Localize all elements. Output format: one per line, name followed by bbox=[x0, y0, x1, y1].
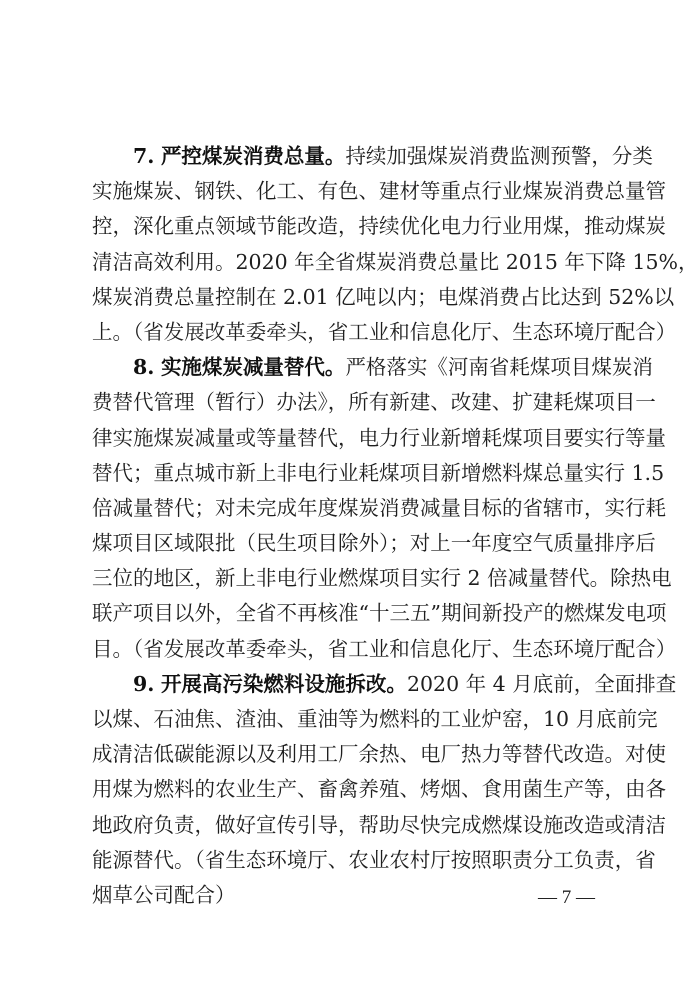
section-9-line-5: 地政府负责，做好宣传引导，帮助尽快完成燃煤设施改造或清洁 bbox=[92, 808, 612, 843]
section-7-line-1: 7. 严控煤炭消费总量。持续加强煤炭消费监测预警，分类 bbox=[92, 139, 612, 174]
section-9-text: 2020 年 4 月底前，全面排查 bbox=[407, 672, 676, 696]
page-number: — 7 — bbox=[538, 886, 595, 910]
section-9-line-6: 能源替代。（省生态环境厅、农业农村厅按照职责分工负责，省 bbox=[92, 843, 612, 878]
section-8-line-1: 8. 实施煤炭减量替代。严格落实《河南省耗煤项目煤炭消 bbox=[92, 350, 612, 385]
section-8-line-2: 费替代管理（暂行）办法》，所有新建、改建、扩建耗煤项目一 bbox=[92, 385, 612, 420]
section-7-line-4: 清洁高效利用。2020 年全省煤炭消费总量比 2015 年下降 15%， bbox=[92, 245, 612, 280]
section-8-line-4: 替代；重点城市新上非电行业耗煤项目新增燃料煤总量实行 1.5 bbox=[92, 456, 612, 491]
document-page: 7. 严控煤炭消费总量。持续加强煤炭消费监测预警，分类 实施煤炭、钢铁、化工、有… bbox=[0, 0, 700, 989]
section-8-text: 严格落实《河南省耗煤项目煤炭消 bbox=[345, 355, 653, 379]
section-8-line-5: 倍减量替代；对未完成年度煤炭消费减量目标的省辖市，实行耗 bbox=[92, 491, 612, 526]
section-9-line-3: 成清洁低碳能源以及利用工厂余热、电厂热力等替代改造。对使 bbox=[92, 737, 612, 772]
section-9-number: 9. bbox=[133, 672, 154, 696]
section-9-heading: 开展高污染燃料设施拆改。 bbox=[161, 672, 407, 696]
section-7-line-2: 实施煤炭、钢铁、化工、有色、建材等重点行业煤炭消费总量管 bbox=[92, 174, 612, 209]
section-8-number: 8. bbox=[133, 355, 154, 379]
section-8-line-7: 三位的地区，新上非电行业燃煤项目实行 2 倍减量替代。除热电 bbox=[92, 561, 612, 596]
section-8-line-9: 目。（省发展改革委牵头，省工业和信息化厅、生态环境厅配合） bbox=[92, 632, 612, 667]
section-9: 9. 开展高污染燃料设施拆改。2020 年 4 月底前，全面排查 以煤、石油焦、… bbox=[92, 667, 612, 913]
document-body: 7. 严控煤炭消费总量。持续加强煤炭消费监测预警，分类 实施煤炭、钢铁、化工、有… bbox=[92, 139, 612, 913]
section-9-line-1: 9. 开展高污染燃料设施拆改。2020 年 4 月底前，全面排查 bbox=[92, 667, 612, 702]
section-7: 7. 严控煤炭消费总量。持续加强煤炭消费监测预警，分类 实施煤炭、钢铁、化工、有… bbox=[92, 139, 612, 350]
section-8-line-3: 律实施煤炭减量或等量替代，电力行业新增耗煤项目要实行等量 bbox=[92, 421, 612, 456]
section-9-line-2: 以煤、石油焦、渣油、重油等为燃料的工业炉窑，10 月底前完 bbox=[92, 702, 612, 737]
section-7-line-3: 控，深化重点领域节能改造，持续优化电力行业用煤，推动煤炭 bbox=[92, 209, 612, 244]
section-8: 8. 实施煤炭减量替代。严格落实《河南省耗煤项目煤炭消 费替代管理（暂行）办法》… bbox=[92, 350, 612, 667]
section-7-line-6: 上。（省发展改革委牵头，省工业和信息化厅、生态环境厅配合） bbox=[92, 315, 612, 350]
section-9-line-4: 用煤为燃料的农业生产、畜禽养殖、烤烟、食用菌生产等，由各 bbox=[92, 772, 612, 807]
section-8-line-8: 联产项目以外，全省不再核准“十三五”期间新投产的燃煤发电项 bbox=[92, 596, 612, 631]
section-7-line-5: 煤炭消费总量控制在 2.01 亿吨以内；电煤消费占比达到 52%以 bbox=[92, 280, 612, 315]
section-7-text: 持续加强煤炭消费监测预警，分类 bbox=[345, 144, 653, 168]
section-8-line-6: 煤项目区域限批（民生项目除外）；对上一年度空气质量排序后 bbox=[92, 526, 612, 561]
section-7-number: 7. bbox=[133, 144, 154, 168]
section-9-line-7: 烟草公司配合） bbox=[92, 878, 612, 913]
section-7-heading: 严控煤炭消费总量。 bbox=[161, 144, 346, 168]
section-8-heading: 实施煤炭减量替代。 bbox=[161, 355, 346, 379]
